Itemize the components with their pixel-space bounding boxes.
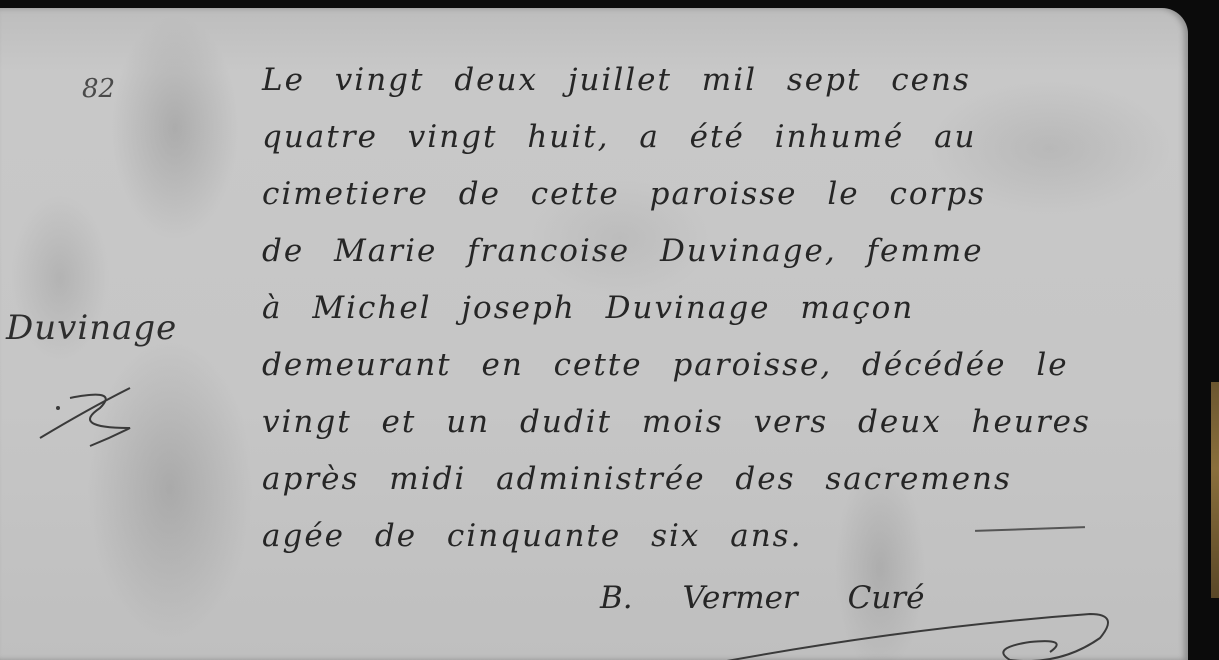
text-line: vingt et un dudit mois vers deux heures bbox=[262, 394, 1162, 451]
text-line: agée de cinquante six ans. bbox=[262, 508, 1162, 565]
scanned-document: 82 Duvinage Le vingt deux juillet mil se… bbox=[0, 0, 1219, 660]
entry-text: Le vingt deux juillet mil sept cens quat… bbox=[262, 52, 1162, 565]
flourish-icon bbox=[30, 368, 150, 448]
register-page: 82 Duvinage Le vingt deux juillet mil se… bbox=[0, 8, 1188, 660]
text-line: quatre vingt huit, a été inhumé au bbox=[262, 109, 1162, 166]
adjacent-page-edge bbox=[1211, 382, 1219, 598]
paraph-flourish-icon bbox=[700, 608, 1120, 660]
text-line: à Michel joseph Duvinage maçon bbox=[262, 280, 1162, 337]
text-line: Le vingt deux juillet mil sept cens bbox=[262, 52, 1162, 109]
text-line: de Marie francoise Duvinage, femme bbox=[262, 223, 1162, 280]
text-line: après midi administrée des sacremens bbox=[262, 451, 1162, 508]
margin-surname: Duvinage bbox=[6, 308, 177, 348]
text-line: demeurant en cette paroisse, décédée le bbox=[262, 337, 1162, 394]
entry-number: 82 bbox=[82, 74, 115, 104]
text-line: cimetiere de cette paroisse le corps bbox=[262, 166, 1162, 223]
